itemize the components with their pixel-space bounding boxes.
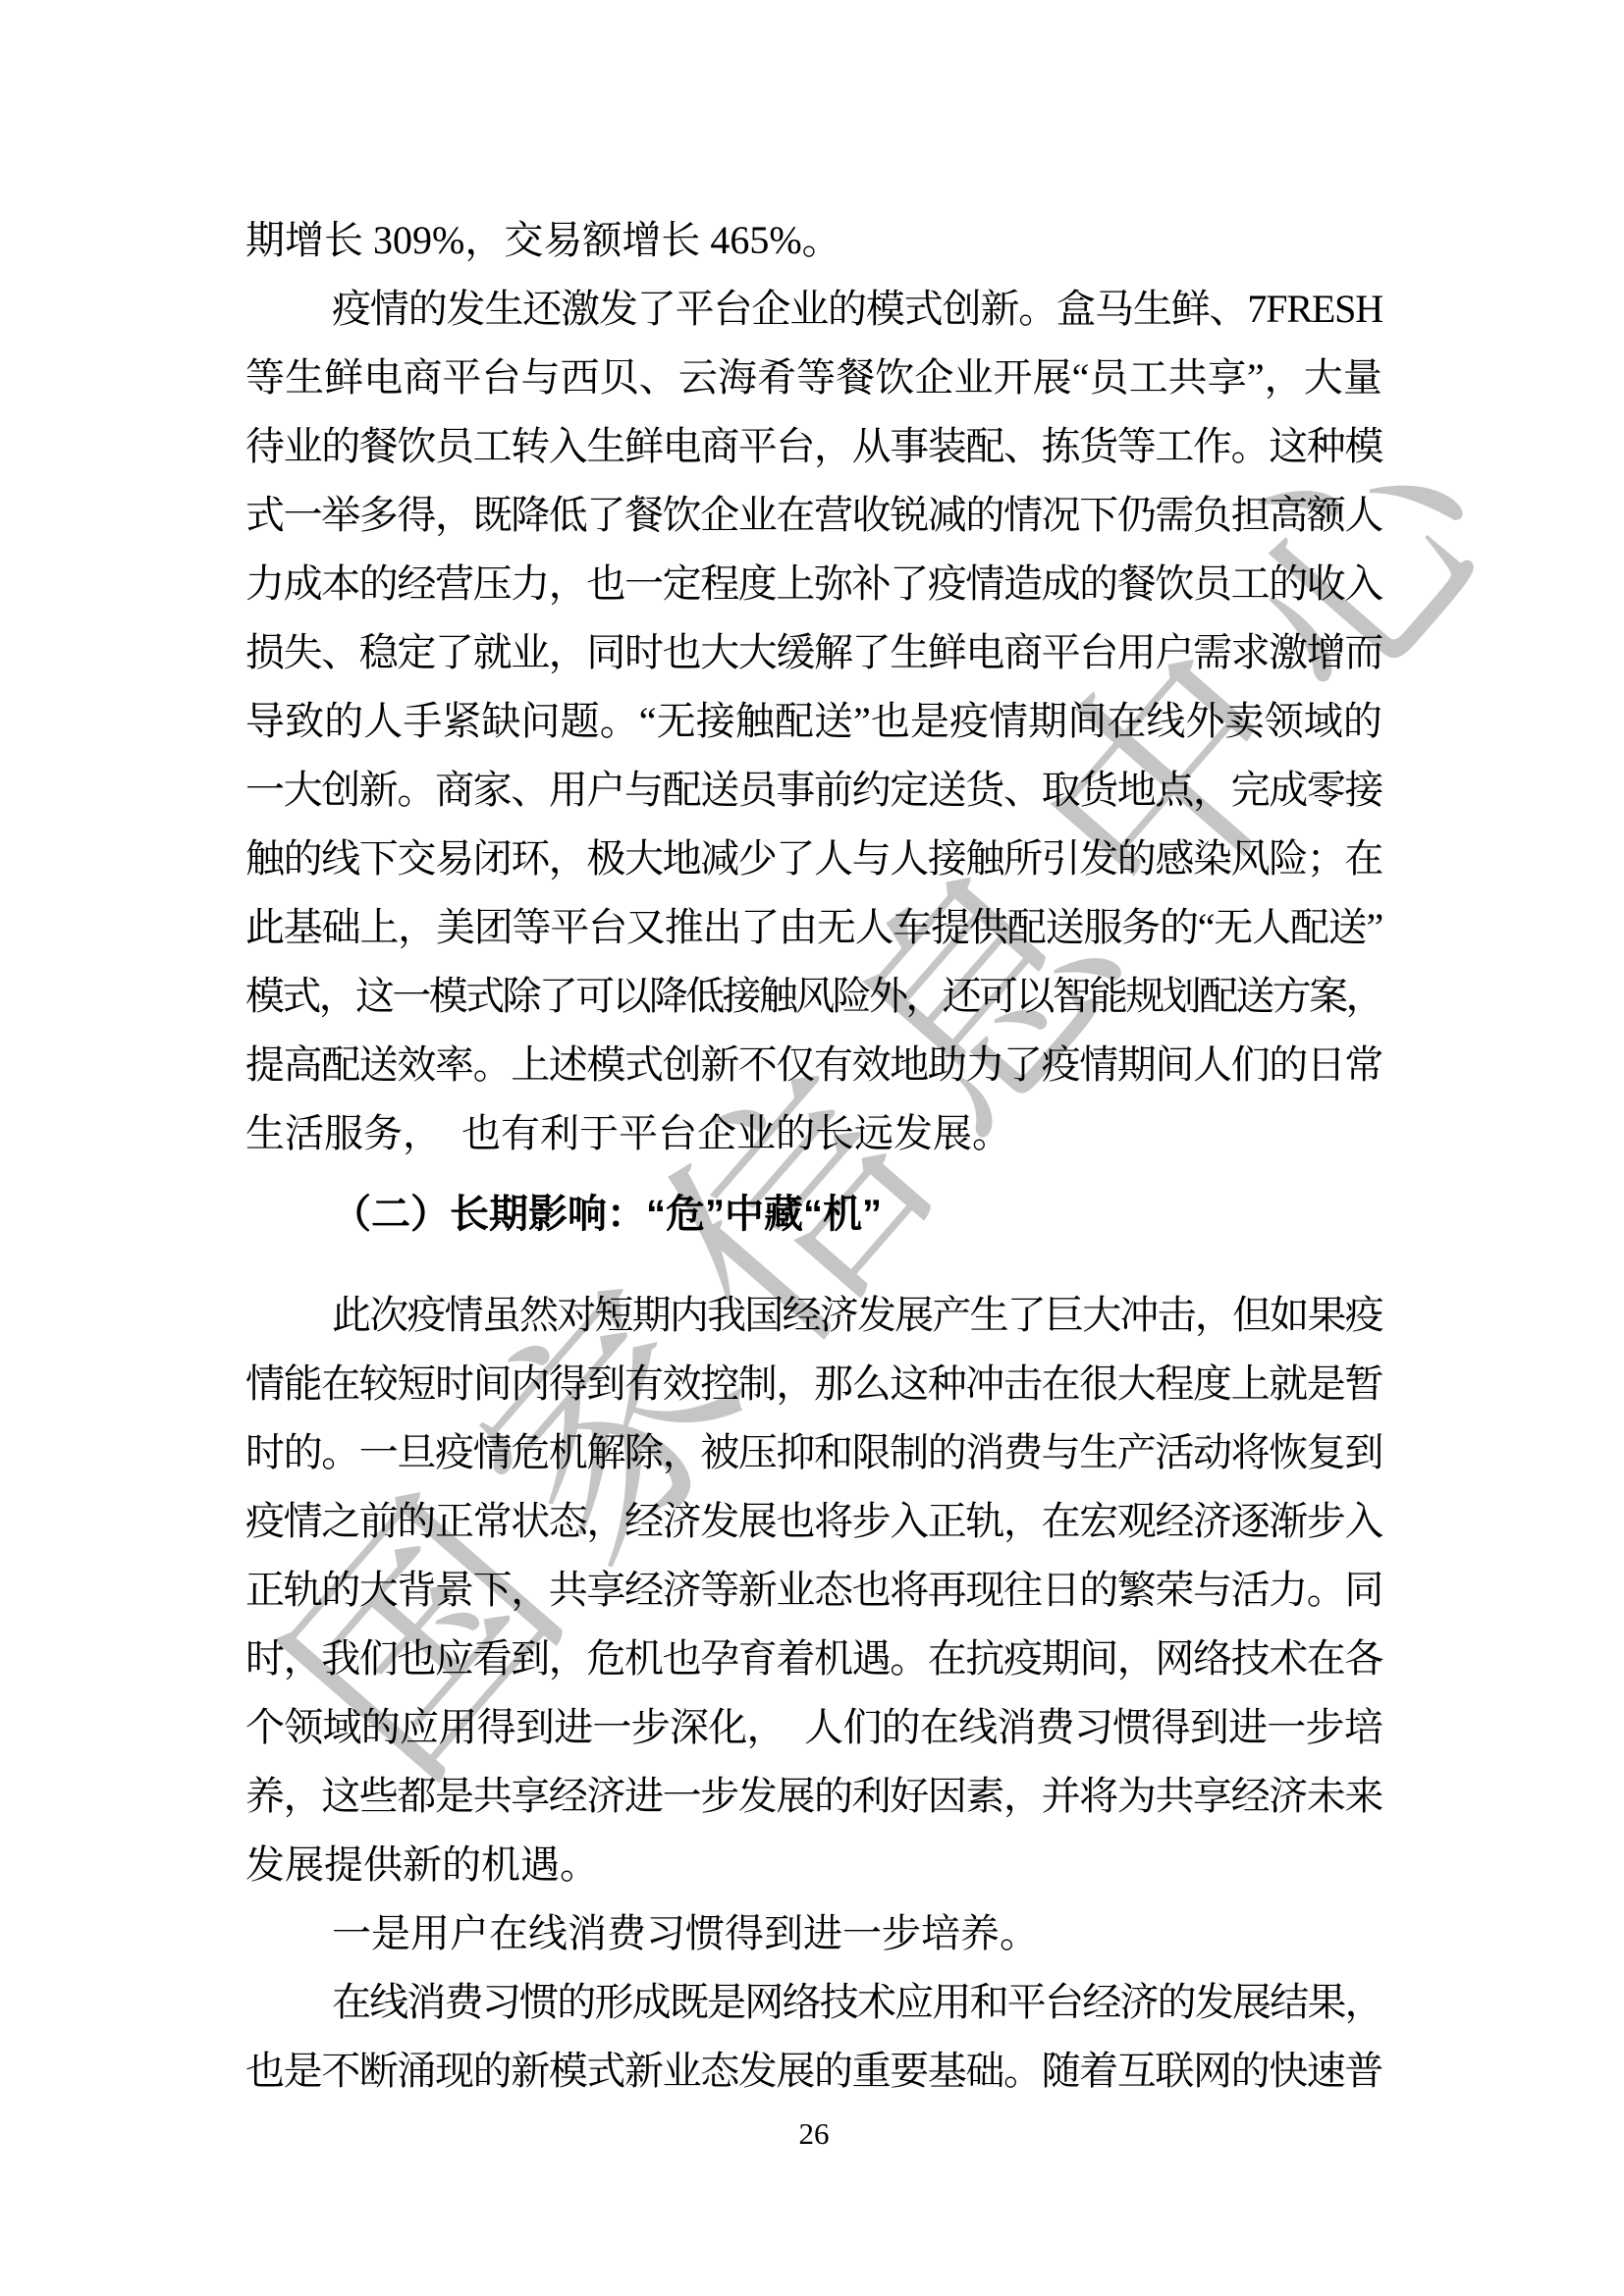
text-line-content: 时的。一旦疫情危机解除，被压抑和限制的消费与生产活动将恢复到 xyxy=(245,1430,1382,1474)
text-line: 触的线下交易闭环，极大地减少了人与人接触所引发的感染风险；在 xyxy=(245,825,1382,893)
text-line: 力成本的经营压力，也一定程度上弥补了疫情造成的餐饮员工的收入 xyxy=(245,550,1382,618)
text-line: 此次疫情虽然对短期内我国经济发展产生了巨大冲击，但如果疫 xyxy=(245,1281,1382,1350)
text-line-content: 个领域的应用得到进一步深化， 人们的在线消费习惯得到进一步培 xyxy=(245,1705,1382,1749)
text-line-content: 此基础上，美团等平台又推出了由无人车提供配送服务的“无人配送” xyxy=(245,905,1382,949)
text-line-content: 也是不断涌现的新模式新业态发展的重要基础。随着互联网的快速普 xyxy=(245,2049,1382,2093)
text-line: 一大创新。商家、用户与配送员事前约定送货、取货地点，完成零接 xyxy=(245,756,1382,825)
text-line-content: 时，我们也应看到，危机也孕育着机遇。在抗疫期间，网络技术在各 xyxy=(245,1636,1382,1681)
text-line-content: 期增长 309%，交易额增长 465%。 xyxy=(245,218,841,262)
text-line: 疫情之前的正常状态，经济发展也将步入正轨，在宏观经济逐渐步入 xyxy=(245,1487,1382,1556)
page-number: 26 xyxy=(245,2116,1382,2152)
text-line-content: 一是用户在线消费习惯得到进一步培养。 xyxy=(332,1911,1039,1955)
text-line: 提高配送效率。上述模式创新不仅有效地助力了疫情期间人们的日常 xyxy=(245,1031,1382,1099)
text-line-content: 式一举多得，既降低了餐饮企业在营收锐减的情况下仍需负担高额人 xyxy=(245,493,1382,537)
text-line-content: 模式，这一模式除了可以降低接触风险外，还可以智能规划配送方案， xyxy=(245,974,1382,1018)
text-line-content: 生活服务， 也有利于平台企业的长远发展。 xyxy=(245,1111,1011,1155)
text-line-content: 损失、稳定了就业，同时也大大缓解了生鲜电商平台用户需求激增而 xyxy=(245,630,1382,674)
text-line: 疫情的发生还激发了平台企业的模式创新。盒马生鲜、7FRESH xyxy=(245,275,1382,344)
text-line-content: 此次疫情虽然对短期内我国经济发展产生了巨大冲击，但如果疫 xyxy=(332,1293,1382,1337)
text-line: 也是不断涌现的新模式新业态发展的重要基础。随着互联网的快速普 xyxy=(245,2037,1382,2106)
text-line: 在线消费习惯的形成既是网络技术应用和平台经济的发展结果， xyxy=(245,1968,1382,2037)
text-line: 时的。一旦疫情危机解除，被压抑和限制的消费与生产活动将恢复到 xyxy=(245,1418,1382,1487)
text-line: 养，这些都是共享经济进一步发展的利好因素，并将为共享经济未来 xyxy=(245,1762,1382,1831)
text-line-content: 疫情之前的正常状态，经济发展也将步入正轨，在宏观经济逐渐步入 xyxy=(245,1499,1382,1543)
text-line: 导致的人手紧缺问题。“无接触配送”也是疫情期间在线外卖领域的 xyxy=(245,687,1382,756)
text-line: 损失、稳定了就业，同时也大大缓解了生鲜电商平台用户需求激增而 xyxy=(245,618,1382,687)
text-line-content: 疫情的发生还激发了平台企业的模式创新。盒马生鲜、7FRESH xyxy=(332,287,1382,331)
section-heading: （二）长期影响：“危”中藏“机” xyxy=(245,1180,1382,1249)
text-line: 情能在较短时间内得到有效控制，那么这种冲击在很大程度上就是暂 xyxy=(245,1350,1382,1418)
document-body: 期增长 309%，交易额增长 465%。疫情的发生还激发了平台企业的模式创新。盒… xyxy=(245,206,1382,2106)
text-line-content: 正轨的大背景下，共享经济等新业态也将再现往日的繁荣与活力。同 xyxy=(245,1568,1382,1612)
document-page: 国家信息中心 期增长 309%，交易额增长 465%。疫情的发生还激发了平台企业… xyxy=(0,0,1624,2296)
text-line: 待业的餐饮员工转入生鲜电商平台，从事装配、拣货等工作。这种模 xyxy=(245,412,1382,481)
text-line-content: 待业的餐饮员工转入生鲜电商平台，从事装配、拣货等工作。这种模 xyxy=(245,424,1382,468)
text-line-content: 在线消费习惯的形成既是网络技术应用和平台经济的发展结果， xyxy=(332,1980,1382,2024)
text-line-content: 触的线下交易闭环，极大地减少了人与人接触所引发的感染风险；在 xyxy=(245,836,1382,881)
text-line-content: 发展提供新的机遇。 xyxy=(245,1842,599,1887)
text-line: 期增长 309%，交易额增长 465%。 xyxy=(245,206,1382,275)
text-line: 生活服务， 也有利于平台企业的长远发展。 xyxy=(245,1099,1382,1168)
text-line-content: 等生鲜电商平台与西贝、云海肴等餐饮企业开展“员工共享”，大量 xyxy=(245,355,1382,400)
text-line: 模式，这一模式除了可以降低接触风险外，还可以智能规划配送方案， xyxy=(245,962,1382,1031)
text-line-content: 力成本的经营压力，也一定程度上弥补了疫情造成的餐饮员工的收入 xyxy=(245,561,1382,606)
text-line: 此基础上，美团等平台又推出了由无人车提供配送服务的“无人配送” xyxy=(245,893,1382,962)
text-line: 等生鲜电商平台与西贝、云海肴等餐饮企业开展“员工共享”，大量 xyxy=(245,344,1382,412)
text-line: 时，我们也应看到，危机也孕育着机遇。在抗疫期间，网络技术在各 xyxy=(245,1625,1382,1693)
text-line: 式一举多得，既降低了餐饮企业在营收锐减的情况下仍需负担高额人 xyxy=(245,481,1382,550)
text-line: 发展提供新的机遇。 xyxy=(245,1831,1382,1899)
text-line: 正轨的大背景下，共享经济等新业态也将再现往日的繁荣与活力。同 xyxy=(245,1556,1382,1625)
text-line: 个领域的应用得到进一步深化， 人们的在线消费习惯得到进一步培 xyxy=(245,1693,1382,1762)
text-line-content: 养，这些都是共享经济进一步发展的利好因素，并将为共享经济未来 xyxy=(245,1774,1382,1818)
text-line-content: 提高配送效率。上述模式创新不仅有效地助力了疫情期间人们的日常 xyxy=(245,1042,1382,1087)
text-line-content: 一大创新。商家、用户与配送员事前约定送货、取货地点，完成零接 xyxy=(245,768,1382,812)
text-line-content: 导致的人手紧缺问题。“无接触配送”也是疫情期间在线外卖领域的 xyxy=(245,699,1382,743)
text-line: 一是用户在线消费习惯得到进一步培养。 xyxy=(245,1899,1382,1968)
text-line-content: 情能在较短时间内得到有效控制，那么这种冲击在很大程度上就是暂 xyxy=(245,1362,1382,1406)
